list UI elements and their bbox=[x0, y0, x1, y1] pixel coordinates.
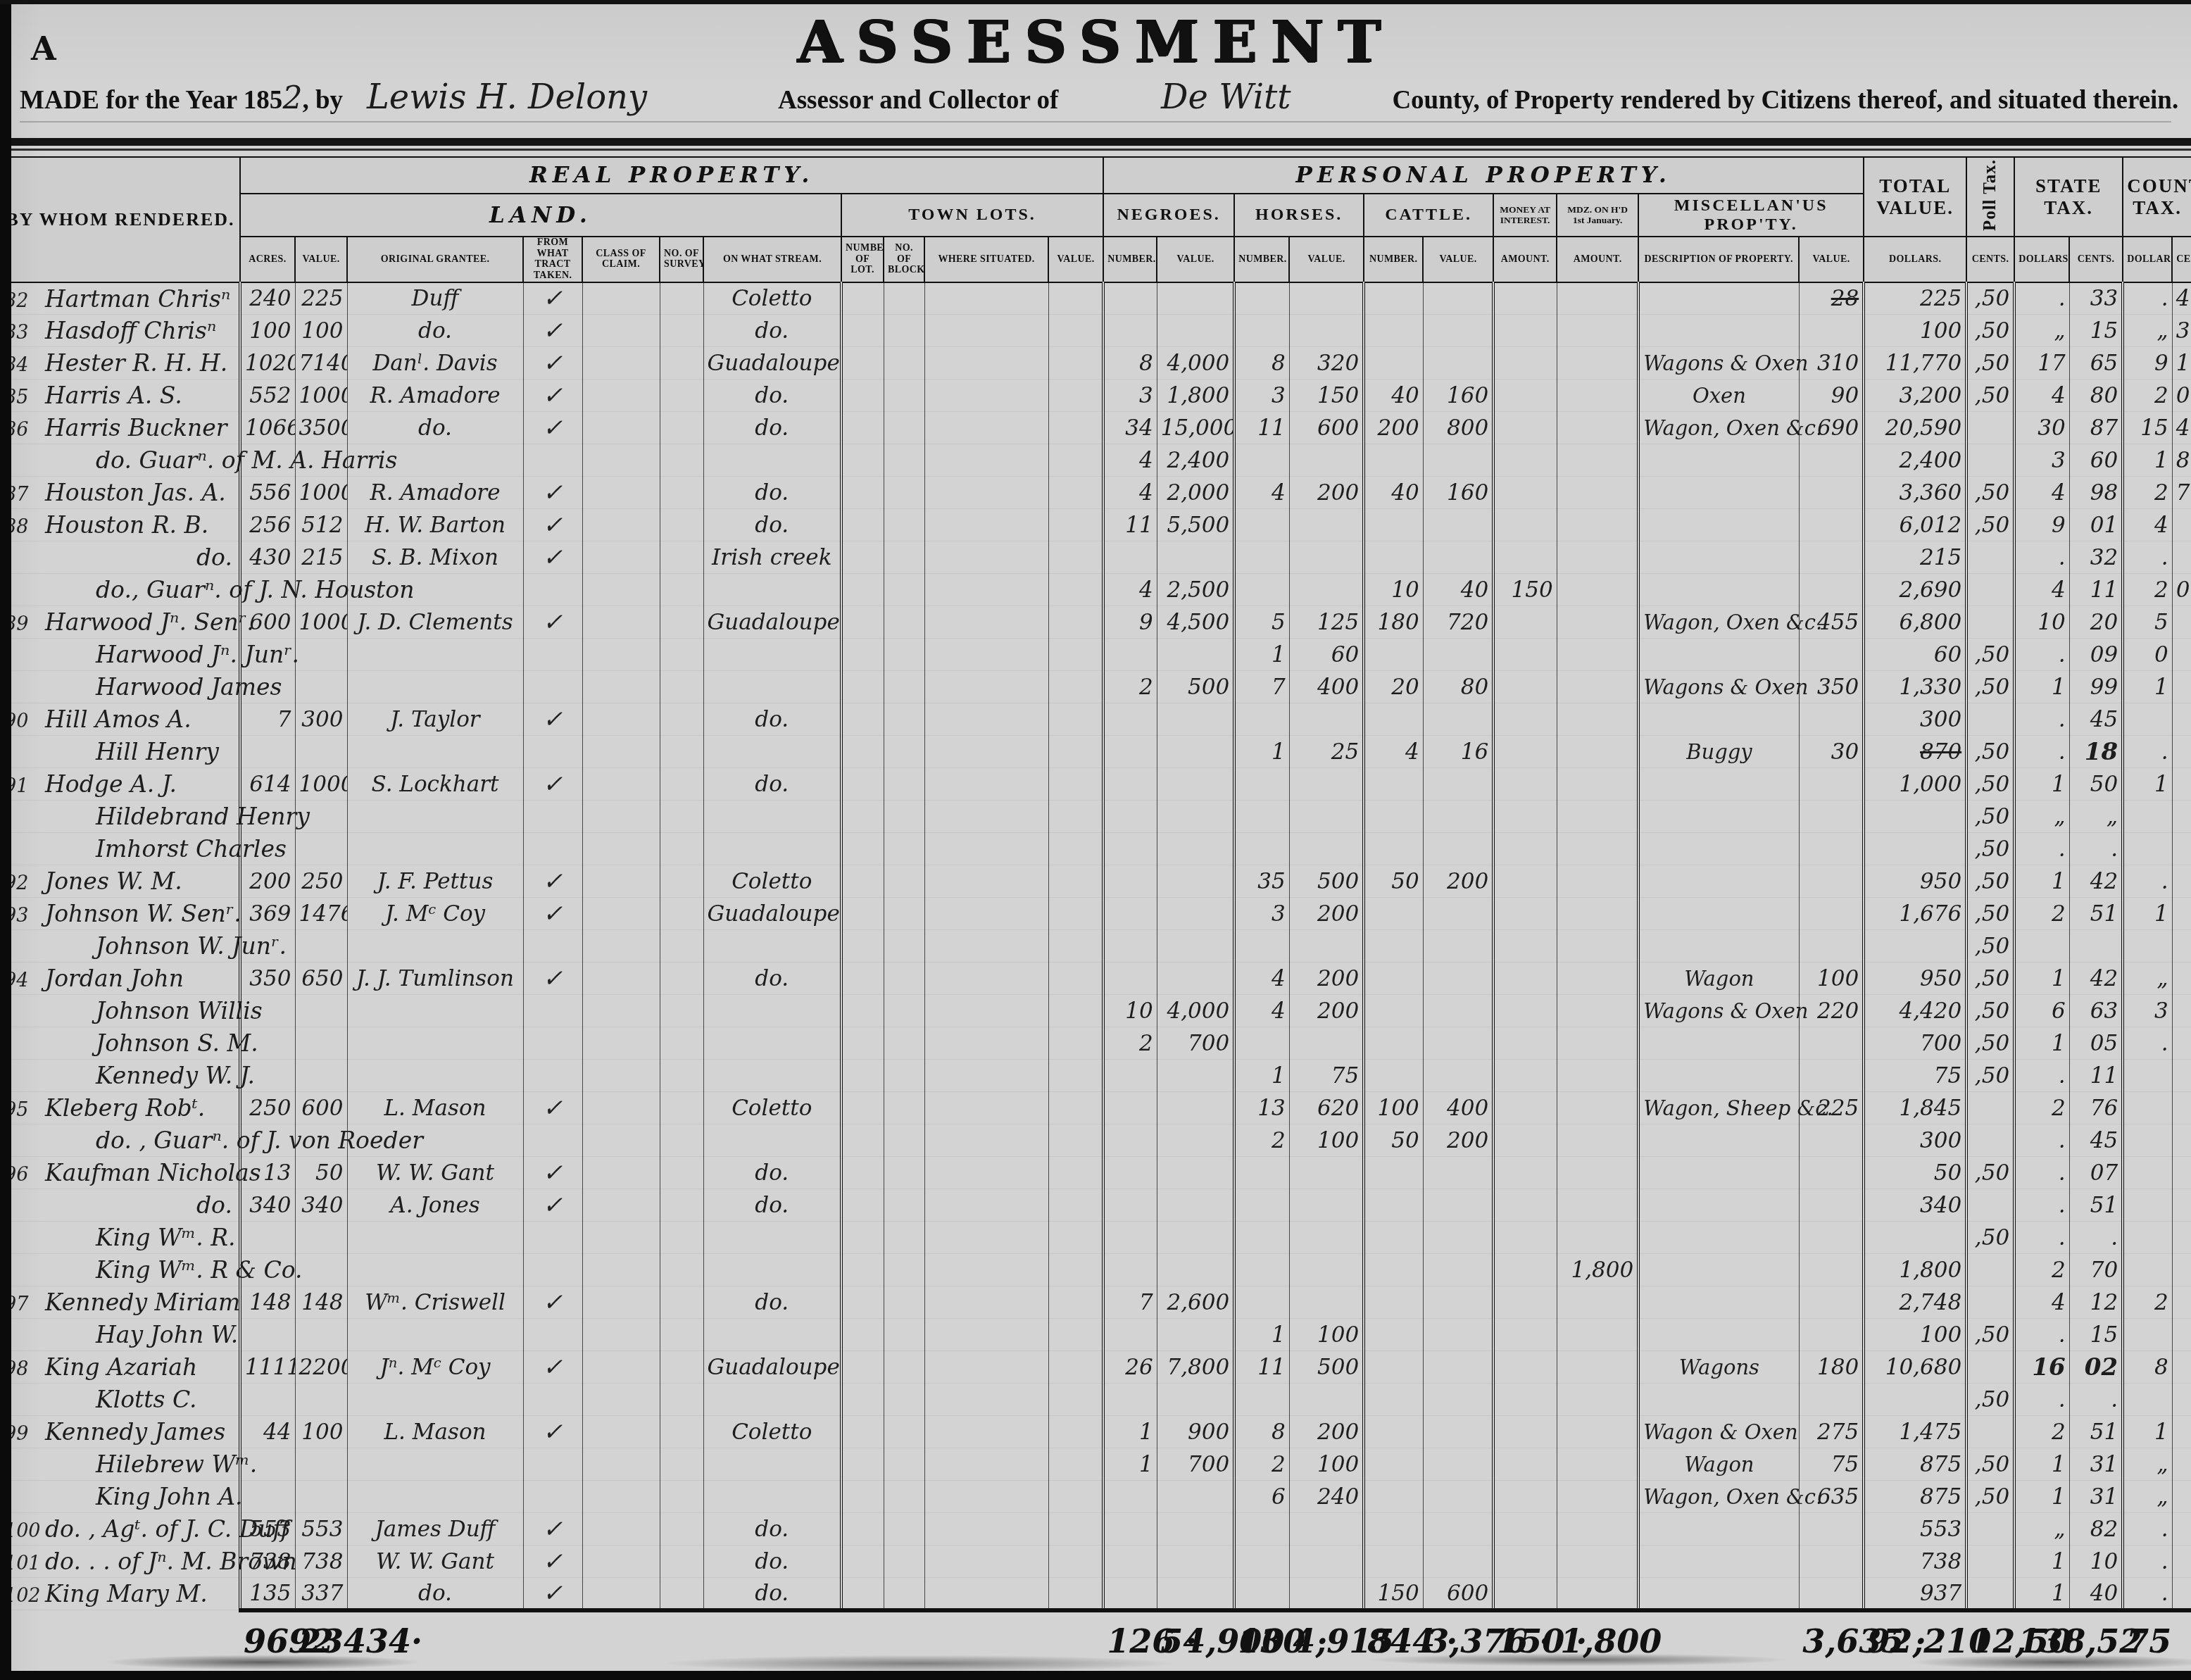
cell-situated bbox=[924, 1157, 1048, 1189]
cell-hv: 620 bbox=[1289, 1092, 1364, 1124]
cell-lot bbox=[841, 1448, 884, 1481]
cell-poll bbox=[1966, 1124, 2014, 1157]
cell-lot bbox=[841, 639, 884, 671]
cell-cv bbox=[1423, 282, 1493, 315]
renderer-name-text: Harwood Jⁿ. Junʳ. bbox=[45, 641, 299, 668]
renderer-name-text: Hildebrand Henry bbox=[45, 803, 310, 830]
cell-nn bbox=[1103, 833, 1157, 865]
cell-mv: 220 bbox=[1799, 995, 1864, 1027]
cell-nv bbox=[1157, 541, 1234, 574]
cell-nv bbox=[1157, 1481, 1234, 1513]
cell-chk bbox=[523, 1060, 582, 1092]
by-label: , by bbox=[302, 85, 343, 115]
table-row: 100do. , Agᵗ. of J. C. Duff553553James D… bbox=[1, 1513, 2191, 1546]
cell-mv bbox=[1799, 1027, 1864, 1060]
cell-hv: 200 bbox=[1289, 898, 1364, 930]
cell-total: 1,000 bbox=[1864, 768, 1966, 801]
cell-nv: 900 bbox=[1157, 1416, 1234, 1448]
cell-money bbox=[1493, 833, 1557, 865]
cell-md: Wagon & Oxen bbox=[1638, 1416, 1799, 1448]
cell-poll bbox=[1966, 1254, 2014, 1286]
cell-mdz bbox=[1557, 898, 1638, 930]
cell-block bbox=[884, 671, 924, 703]
cell-sd: 6 bbox=[2014, 995, 2069, 1027]
cell-nv: 700 bbox=[1157, 1027, 1234, 1060]
cell-lotval bbox=[1048, 1027, 1103, 1060]
cell-hn: 1 bbox=[1234, 1060, 1289, 1092]
cell-chk bbox=[523, 1222, 582, 1254]
cell-acres: 256 bbox=[240, 509, 295, 541]
header-by-whom-rendered: BY WHOM RENDERED. bbox=[1, 157, 240, 282]
cell-block bbox=[884, 995, 924, 1027]
cell-nn bbox=[1103, 1060, 1157, 1092]
cell-chk: ✓ bbox=[523, 315, 582, 347]
header-original-grantee: ORIGINAL GRANTEE. bbox=[347, 237, 523, 282]
cell-nn bbox=[1103, 768, 1157, 801]
cell-chk bbox=[523, 671, 582, 703]
cell-md bbox=[1638, 801, 1799, 833]
renderer-name-text: Johnson Willis bbox=[45, 997, 263, 1024]
cell-lotval bbox=[1048, 963, 1103, 995]
header-money-at-interest: MONEY AT INTEREST. bbox=[1493, 194, 1557, 237]
cell-nv: 2,500 bbox=[1157, 574, 1234, 606]
cell-lot bbox=[841, 833, 884, 865]
cell-chk bbox=[523, 1027, 582, 1060]
cell-chk bbox=[523, 639, 582, 671]
cell-poll bbox=[1966, 1351, 2014, 1384]
header-from-what-tract: FROM WHAT TRACT TAKEN. bbox=[523, 237, 582, 282]
header-number-of-lot: NUMBER OF LOT. bbox=[841, 237, 884, 282]
cell-poll: ,50 bbox=[1966, 509, 2014, 541]
cell-md: Wagon bbox=[1638, 963, 1799, 995]
cell-cd bbox=[2123, 833, 2172, 865]
cell-nv: 4,000 bbox=[1157, 347, 1234, 380]
cell-poll: ,50 bbox=[1966, 282, 2014, 315]
cell-survey bbox=[660, 509, 703, 541]
cell-lotval bbox=[1048, 1416, 1103, 1448]
cell-stream bbox=[703, 801, 841, 833]
cell-cd: 1 bbox=[2123, 1416, 2172, 1448]
cell-cn bbox=[1364, 639, 1423, 671]
header-land-value: VALUE. bbox=[295, 237, 347, 282]
cell-md bbox=[1638, 768, 1799, 801]
cell-grantee: J. D. Clements bbox=[347, 606, 523, 639]
cell-money bbox=[1493, 801, 1557, 833]
cell-hn bbox=[1234, 703, 1289, 736]
cell-hn: 8 bbox=[1234, 1416, 1289, 1448]
cell-acres: 350 bbox=[240, 963, 295, 995]
cell-mv bbox=[1799, 865, 1864, 898]
cell-lotval bbox=[1048, 347, 1103, 380]
cell-cv bbox=[1423, 703, 1493, 736]
cell-md: Wagon bbox=[1638, 1448, 1799, 1481]
cell-cv bbox=[1423, 1448, 1493, 1481]
cell-cls bbox=[582, 1448, 660, 1481]
cell-cls bbox=[582, 801, 660, 833]
cell-survey bbox=[660, 574, 703, 606]
cell-nv: 1,800 bbox=[1157, 380, 1234, 412]
cell-stream: do. bbox=[703, 380, 841, 412]
table-row: Hildebrand Henry,50„„ bbox=[1, 801, 2191, 833]
cell-situated bbox=[924, 477, 1048, 509]
cell-cc bbox=[2172, 1513, 2191, 1546]
cell-poll: ,50 bbox=[1966, 315, 2014, 347]
scan-edge-bottom bbox=[0, 1671, 2191, 1680]
cell-situated bbox=[924, 1448, 1048, 1481]
cell-nv bbox=[1157, 865, 1234, 898]
cell-lv bbox=[295, 1254, 347, 1286]
cell-cn bbox=[1364, 315, 1423, 347]
cell-chk: ✓ bbox=[523, 865, 582, 898]
cell-grantee bbox=[347, 1481, 523, 1513]
cell-nn: 26 bbox=[1103, 1351, 1157, 1384]
cell-hv bbox=[1289, 1254, 1364, 1286]
renderer-name-text: King John A. bbox=[45, 1483, 243, 1510]
cell-cd: 1 bbox=[2123, 768, 2172, 801]
cell-cls bbox=[582, 1157, 660, 1189]
cell-grantee: J. Mᶜ Coy bbox=[347, 898, 523, 930]
cell-mdz: 1,800 bbox=[1557, 1254, 1638, 1286]
cell-stream bbox=[703, 736, 841, 768]
cell-survey bbox=[660, 995, 703, 1027]
cell-md bbox=[1638, 1384, 1799, 1416]
cell-lot bbox=[841, 1254, 884, 1286]
cell-cc bbox=[2172, 1481, 2191, 1513]
made-for-label: MADE for the Year 185 bbox=[20, 85, 282, 115]
cell-md bbox=[1638, 1124, 1799, 1157]
cell-cv bbox=[1423, 347, 1493, 380]
cell-mdz bbox=[1557, 801, 1638, 833]
cell-lotval bbox=[1048, 1481, 1103, 1513]
cell-cv bbox=[1423, 1286, 1493, 1319]
cell-situated bbox=[924, 282, 1048, 315]
renderer-name: 86Harris Buckner bbox=[1, 412, 240, 444]
cell-nv bbox=[1157, 282, 1234, 315]
cell-sd: . bbox=[2014, 833, 2069, 865]
table-row: 84Hester R. H. H.10207140Danˡ. Davis✓Gua… bbox=[1, 347, 2191, 380]
table-row: Johnson W. Junʳ.,50 bbox=[1, 930, 2191, 963]
cell-sd: 1 bbox=[2014, 1546, 2069, 1578]
cell-sd: 3 bbox=[2014, 444, 2069, 477]
cell-block bbox=[884, 1513, 924, 1546]
cell-cn bbox=[1364, 347, 1423, 380]
header-cattle-number: NUMBER. bbox=[1364, 237, 1423, 282]
cell-poll: ,50 bbox=[1966, 639, 2014, 671]
cell-nv bbox=[1157, 736, 1234, 768]
cell-mdz bbox=[1557, 282, 1638, 315]
cell-nv bbox=[1157, 1546, 1234, 1578]
cell-total: 937 bbox=[1864, 1578, 1966, 1610]
cell-hv bbox=[1289, 444, 1364, 477]
cell-md bbox=[1638, 282, 1799, 315]
cell-hn bbox=[1234, 1027, 1289, 1060]
cell-hv bbox=[1289, 509, 1364, 541]
cell-block bbox=[884, 1092, 924, 1124]
cell-mv bbox=[1799, 768, 1864, 801]
cell-total: 2,400 bbox=[1864, 444, 1966, 477]
cell-hn: 13 bbox=[1234, 1092, 1289, 1124]
cell-stream: do. bbox=[703, 315, 841, 347]
renderer-name: 94Jordan John bbox=[1, 963, 240, 995]
cell-hn bbox=[1234, 541, 1289, 574]
cell-md bbox=[1638, 865, 1799, 898]
cell-mv: 30 bbox=[1799, 736, 1864, 768]
cell-survey bbox=[660, 1189, 703, 1222]
table-row: King Wᵐ. R.,50.. bbox=[1, 1222, 2191, 1254]
cell-hn: 2 bbox=[1234, 1448, 1289, 1481]
cell-cn bbox=[1364, 1060, 1423, 1092]
cell-hn: 7 bbox=[1234, 671, 1289, 703]
cell-chk bbox=[523, 1124, 582, 1157]
renderer-name: Imhorst Charles bbox=[1, 833, 240, 865]
cell-lv bbox=[295, 995, 347, 1027]
cell-cls bbox=[582, 833, 660, 865]
cell-money bbox=[1493, 1513, 1557, 1546]
year-digit-handwritten: 2 bbox=[282, 80, 302, 116]
renderer-name-text: do. bbox=[45, 1191, 232, 1219]
cell-money bbox=[1493, 1286, 1557, 1319]
cell-poll: ,50 bbox=[1966, 1027, 2014, 1060]
cell-stream: Guadaloupe bbox=[703, 1351, 841, 1384]
cell-mdz bbox=[1557, 930, 1638, 963]
cell-chk: ✓ bbox=[523, 606, 582, 639]
cell-poll: ,50 bbox=[1966, 1319, 2014, 1351]
cell-hv: 500 bbox=[1289, 865, 1364, 898]
header-misc-property: MISCELLAN'US PROP'TY. bbox=[1638, 194, 1864, 237]
cell-situated bbox=[924, 865, 1048, 898]
cell-hn bbox=[1234, 1546, 1289, 1578]
cell-chk bbox=[523, 1319, 582, 1351]
cell-block bbox=[884, 1157, 924, 1189]
cell-sd: . bbox=[2014, 1124, 2069, 1157]
cell-sd: 9 bbox=[2014, 509, 2069, 541]
cell-money bbox=[1493, 315, 1557, 347]
renderer-name: Harwood James bbox=[1, 671, 240, 703]
cell-cn bbox=[1364, 1546, 1423, 1578]
cell-money bbox=[1493, 541, 1557, 574]
cell-block bbox=[884, 1222, 924, 1254]
header-poll-cents: CENTS. bbox=[1966, 237, 2014, 282]
cell-situated bbox=[924, 1092, 1048, 1124]
cell-grantee: S. B. Mixon bbox=[347, 541, 523, 574]
cell-grantee bbox=[347, 1027, 523, 1060]
cell-sc: 99 bbox=[2069, 671, 2123, 703]
cell-lotval bbox=[1048, 1351, 1103, 1384]
table-row: 82Hartman Chrisⁿ240225Duff✓Coletto28225,… bbox=[1, 282, 2191, 315]
cell-lv: 738 bbox=[295, 1546, 347, 1578]
cell-situated bbox=[924, 1124, 1048, 1157]
cell-md bbox=[1638, 574, 1799, 606]
cell-nv bbox=[1157, 833, 1234, 865]
cell-survey bbox=[660, 703, 703, 736]
cell-cv: 160 bbox=[1423, 477, 1493, 509]
cell-sc: 50 bbox=[2069, 768, 2123, 801]
cell-md: Wagon, Sheep &c. bbox=[1638, 1092, 1799, 1124]
cell-hv bbox=[1289, 541, 1364, 574]
cell-mv bbox=[1799, 1222, 1864, 1254]
cell-sd: . bbox=[2014, 1384, 2069, 1416]
cell-stream: do. bbox=[703, 1286, 841, 1319]
cell-hv: 60 bbox=[1289, 639, 1364, 671]
cell-mdz bbox=[1557, 412, 1638, 444]
renderer-name-text: do., Guarⁿ. of J. N. Houston bbox=[45, 576, 414, 603]
cell-cd: . bbox=[2123, 1027, 2172, 1060]
cell-grantee bbox=[347, 736, 523, 768]
cell-cn bbox=[1364, 1254, 1423, 1286]
cell-poll: ,50 bbox=[1966, 736, 2014, 768]
cell-md: Buggy bbox=[1638, 736, 1799, 768]
cell-chk bbox=[523, 833, 582, 865]
cell-mdz bbox=[1557, 703, 1638, 736]
cell-sc: 07 bbox=[2069, 1157, 2123, 1189]
header-state-cents: CENTS. bbox=[2069, 237, 2123, 282]
cell-hn bbox=[1234, 315, 1289, 347]
cell-hn: 4 bbox=[1234, 477, 1289, 509]
cell-grantee: do. bbox=[347, 315, 523, 347]
cell-cc: 4 bbox=[2172, 282, 2191, 315]
cell-md bbox=[1638, 1513, 1799, 1546]
cell-sc: 32 bbox=[2069, 541, 2123, 574]
cell-grantee bbox=[347, 930, 523, 963]
cell-nv bbox=[1157, 1189, 1234, 1222]
cell-block bbox=[884, 282, 924, 315]
cell-mv bbox=[1799, 833, 1864, 865]
cell-hn bbox=[1234, 1254, 1289, 1286]
cell-sd: 4 bbox=[2014, 1286, 2069, 1319]
cell-hv: 240 bbox=[1289, 1481, 1364, 1513]
cell-cv: 400 bbox=[1423, 1092, 1493, 1124]
cell-cv bbox=[1423, 1513, 1493, 1546]
cell-total: 3,200 bbox=[1864, 380, 1966, 412]
cell-mdz bbox=[1557, 1448, 1638, 1481]
table-row: 88Houston R. B.256512H. W. Barton✓do.115… bbox=[1, 509, 2191, 541]
cell-hv bbox=[1289, 1157, 1364, 1189]
table-row: 89Harwood Jⁿ. Senʳ.6001000J. D. Clements… bbox=[1, 606, 2191, 639]
cell-mdz bbox=[1557, 347, 1638, 380]
cell-mv bbox=[1799, 1189, 1864, 1222]
cell-money bbox=[1493, 282, 1557, 315]
cell-mv: 310 bbox=[1799, 347, 1864, 380]
cell-survey bbox=[660, 315, 703, 347]
cell-lv bbox=[295, 833, 347, 865]
cell-hv: 400 bbox=[1289, 671, 1364, 703]
cell-nn: 2 bbox=[1103, 671, 1157, 703]
cell-mv bbox=[1799, 1513, 1864, 1546]
cell-cls bbox=[582, 736, 660, 768]
cell-poll: ,50 bbox=[1966, 801, 2014, 833]
cell-cv: 80 bbox=[1423, 671, 1493, 703]
cell-chk: ✓ bbox=[523, 1546, 582, 1578]
renderer-name-text: Kennedy W. J. bbox=[45, 1062, 255, 1089]
cell-sd: „ bbox=[2014, 315, 2069, 347]
table-row: do.430215S. B. Mixon✓Irish creek215.32. bbox=[1, 541, 2191, 574]
table-row: Harwood James250074002080Wagons & Oxen35… bbox=[1, 671, 2191, 703]
header-personal-property: PERSONAL PROPERTY. bbox=[1103, 157, 1864, 194]
cell-survey bbox=[660, 1222, 703, 1254]
cell-situated bbox=[924, 315, 1048, 347]
cell-cv: 720 bbox=[1423, 606, 1493, 639]
cell-nv: 15,000 bbox=[1157, 412, 1234, 444]
cell-situated bbox=[924, 509, 1048, 541]
cell-poll bbox=[1966, 1513, 2014, 1546]
cell-cd bbox=[2123, 1092, 2172, 1124]
cell-lot bbox=[841, 930, 884, 963]
cell-chk: ✓ bbox=[523, 1286, 582, 1319]
cell-cls bbox=[582, 995, 660, 1027]
cell-lv: 100 bbox=[295, 315, 347, 347]
cell-cc: 3 bbox=[2172, 315, 2191, 347]
cell-cn bbox=[1364, 541, 1423, 574]
cell-total: 300 bbox=[1864, 703, 1966, 736]
cell-block bbox=[884, 444, 924, 477]
table-row: 83Hasdoff Chrisⁿ100100do.✓do.100,50„15„3 bbox=[1, 315, 2191, 347]
cell-nv bbox=[1157, 768, 1234, 801]
cell-lotval bbox=[1048, 736, 1103, 768]
cell-stream bbox=[703, 1060, 841, 1092]
cell-money bbox=[1493, 930, 1557, 963]
cell-mdz bbox=[1557, 1578, 1638, 1610]
cell-lot bbox=[841, 1189, 884, 1222]
cell-situated bbox=[924, 1416, 1048, 1448]
cell-lot bbox=[841, 703, 884, 736]
cell-lotval bbox=[1048, 1222, 1103, 1254]
renderer-name: Johnson Willis bbox=[1, 995, 240, 1027]
cell-cls bbox=[582, 1222, 660, 1254]
cell-cv bbox=[1423, 801, 1493, 833]
cell-nn: 9 bbox=[1103, 606, 1157, 639]
cell-stream bbox=[703, 1319, 841, 1351]
cell-lv: 7140 bbox=[295, 347, 347, 380]
cell-money bbox=[1493, 768, 1557, 801]
cell-lv: 300 bbox=[295, 703, 347, 736]
header-where-situated: WHERE SITUATED. bbox=[924, 237, 1048, 282]
cell-total: 75 bbox=[1864, 1060, 1966, 1092]
renderer-name-text: Imhorst Charles bbox=[45, 835, 287, 863]
cell-lotval bbox=[1048, 606, 1103, 639]
cell-nn bbox=[1103, 865, 1157, 898]
cell-stream: do. bbox=[703, 1189, 841, 1222]
cell-grantee bbox=[347, 1319, 523, 1351]
cell-situated bbox=[924, 1060, 1048, 1092]
table-row: Johnson S. M.2700700,50105. bbox=[1, 1027, 2191, 1060]
cell-situated bbox=[924, 1481, 1048, 1513]
cell-mdz bbox=[1557, 1092, 1638, 1124]
renderer-name: do. bbox=[1, 541, 240, 574]
cell-survey bbox=[660, 1546, 703, 1578]
cell-sc: 76 bbox=[2069, 1092, 2123, 1124]
cell-md bbox=[1638, 1222, 1799, 1254]
header-total-dollars: DOLLARS. bbox=[1864, 237, 1966, 282]
cell-stream bbox=[703, 1254, 841, 1286]
cell-situated bbox=[924, 1027, 1048, 1060]
cell-lot bbox=[841, 671, 884, 703]
cell-sd: . bbox=[2014, 1222, 2069, 1254]
cell-block bbox=[884, 1286, 924, 1319]
cell-survey bbox=[660, 347, 703, 380]
header-on-what-stream: ON WHAT STREAM. bbox=[703, 237, 841, 282]
cell-survey bbox=[660, 898, 703, 930]
cell-stream: Coletto bbox=[703, 1092, 841, 1124]
cell-poll bbox=[1966, 1578, 2014, 1610]
cell-lotval bbox=[1048, 1319, 1103, 1351]
header-horses-number: NUMBER. bbox=[1234, 237, 1289, 282]
cell-money bbox=[1493, 1189, 1557, 1222]
cell-lotval bbox=[1048, 833, 1103, 865]
cell-hn bbox=[1234, 833, 1289, 865]
cell-grantee bbox=[347, 995, 523, 1027]
renderer-name-text: King Wᵐ. R. bbox=[45, 1224, 236, 1251]
cell-situated bbox=[924, 1546, 1048, 1578]
